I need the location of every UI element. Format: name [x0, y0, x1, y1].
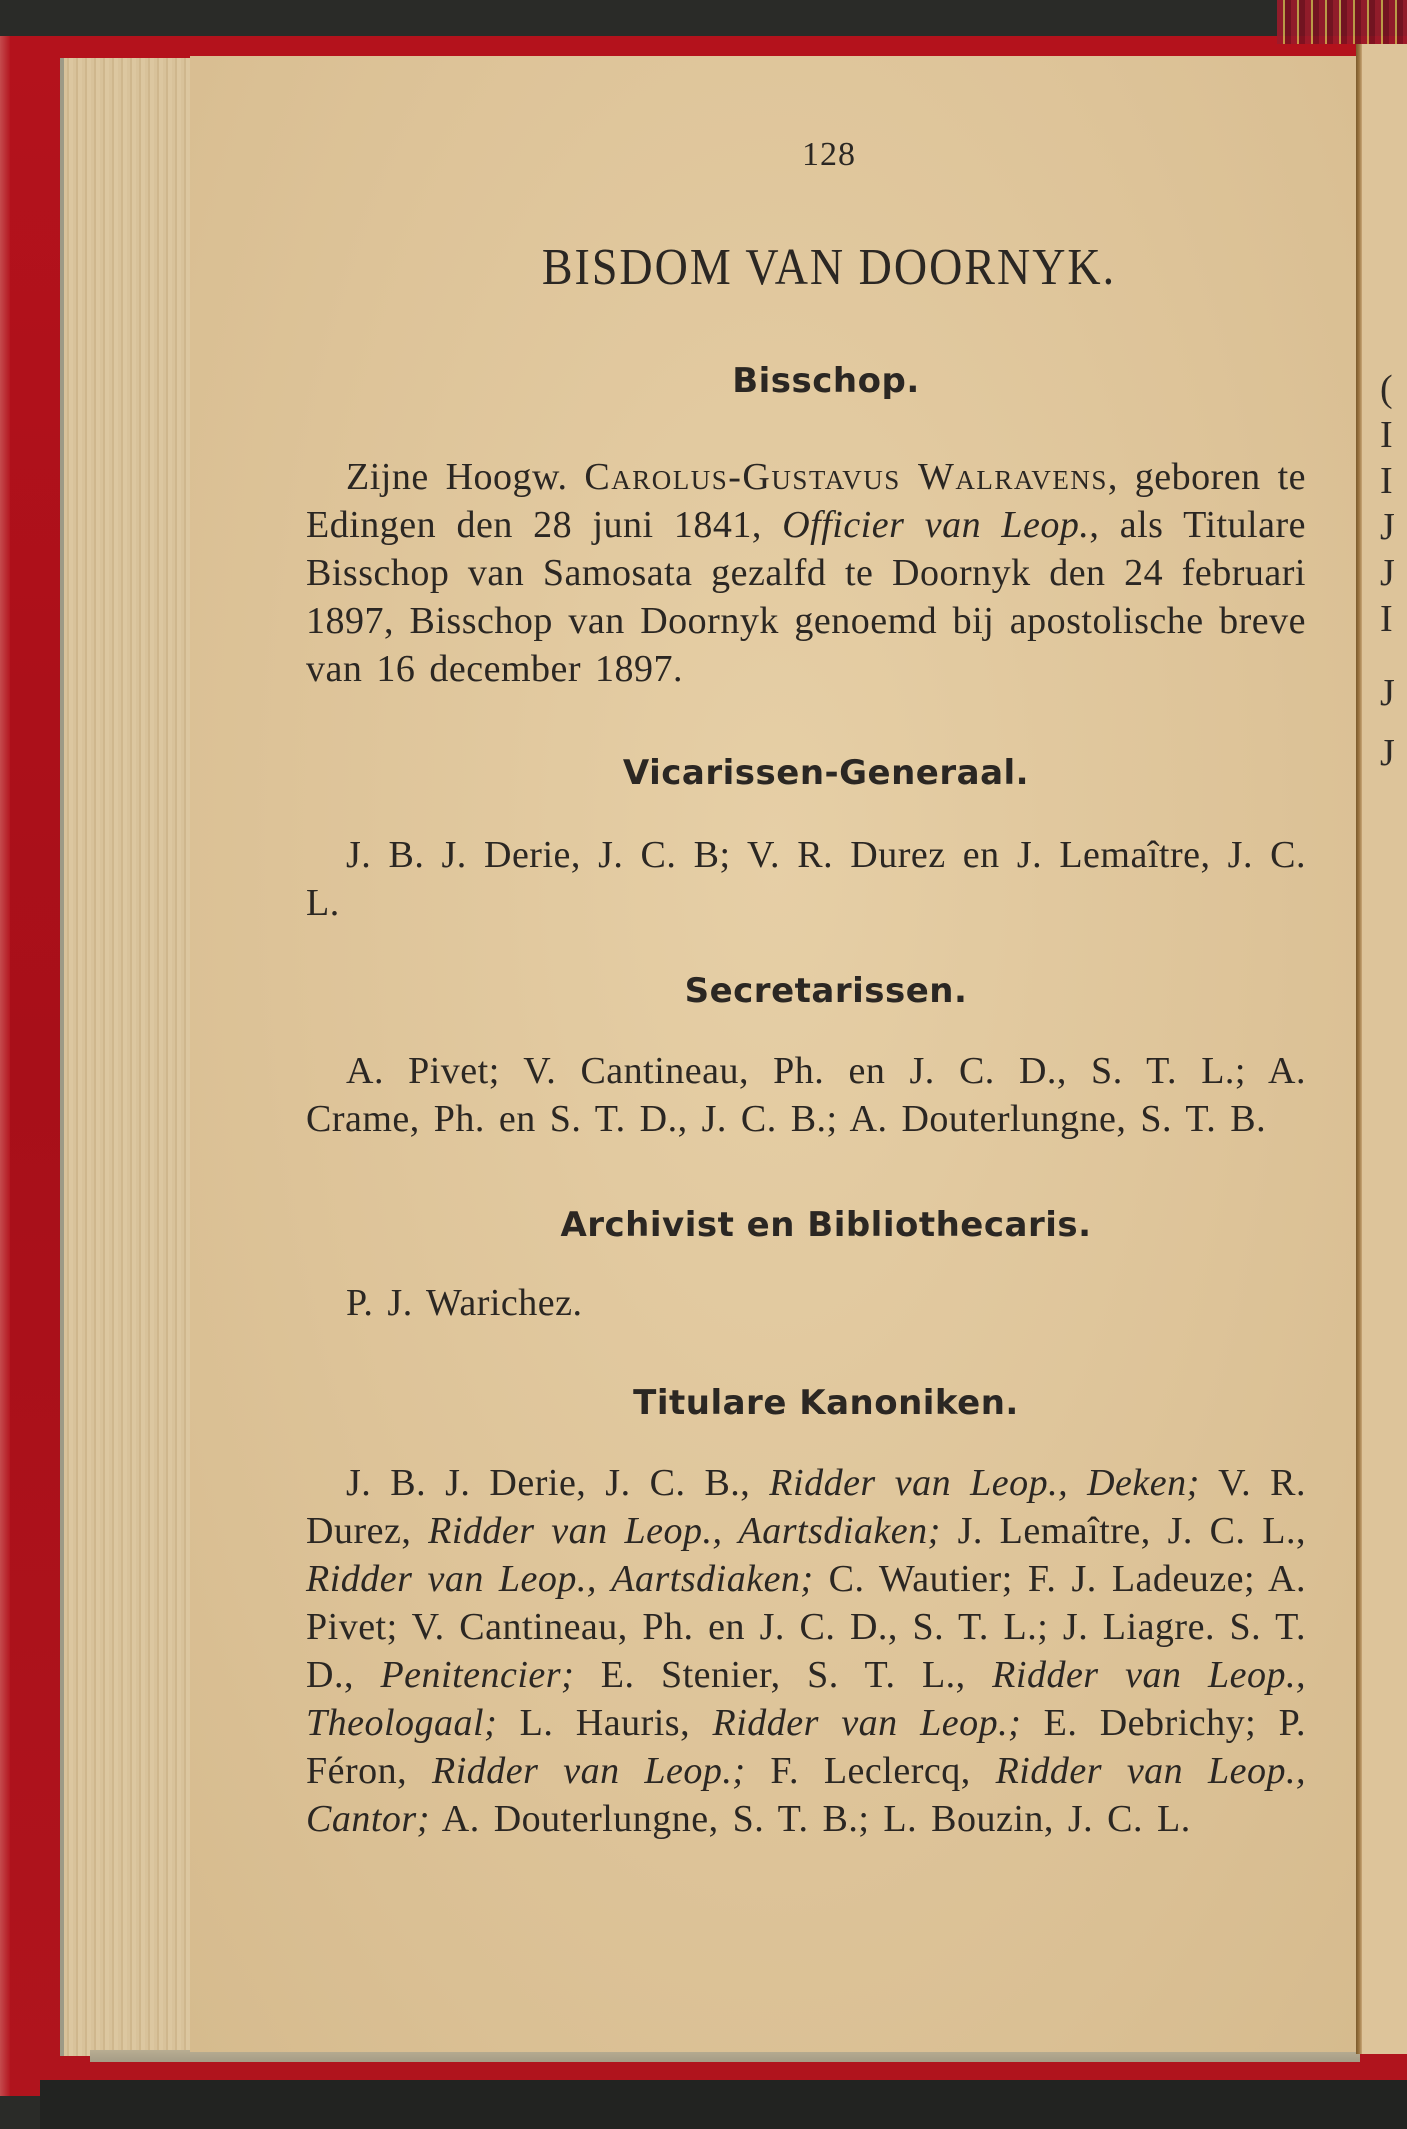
- bishop-name: Carolus-Gustavus Walravens: [584, 456, 1107, 498]
- text-run: Zijne Hoogw.: [346, 456, 584, 498]
- section-heading-vicarissen: Vicarissen-Generaal.: [346, 753, 1306, 793]
- headband: [1277, 0, 1407, 44]
- facing-page-fragment: (: [1380, 370, 1393, 408]
- page-number: 128: [352, 136, 1306, 174]
- italic-title: Ridder van Leop.;: [432, 1750, 746, 1792]
- section-heading-archivist: Archivist en Bibliothecaris.: [346, 1205, 1306, 1245]
- text-run: L. Hauris,: [497, 1702, 712, 1744]
- section-heading-kanoniken: Titulare Kanoniken.: [346, 1383, 1306, 1423]
- archivist-paragraph: P. J. Warichez.: [306, 1279, 1306, 1327]
- facing-page-fragment: J: [1380, 508, 1395, 546]
- text-run: A. Douterlungne, S. T. B.; L. Bouzin, J.…: [430, 1798, 1191, 1840]
- facing-page-fragment: J: [1380, 734, 1395, 772]
- vicarissen-paragraph: J. B. J. Derie, J. C. B; V. R. Durez en …: [306, 831, 1306, 927]
- facing-page-fragment: J: [1380, 554, 1395, 592]
- page-content: 128 BISDOM VAN DOORNYK. Bisschop. Zijne …: [306, 136, 1306, 1843]
- facing-page-fragment: I: [1380, 462, 1393, 500]
- text-run: F. Leclercq,: [746, 1750, 996, 1792]
- facing-page: ( I I J J I J J: [1362, 44, 1407, 2054]
- bisschop-paragraph: Zijne Hoogw. Carolus-Gustavus Walravens,…: [306, 453, 1306, 693]
- text-run: J. B. J. Derie, J. C. B.,: [346, 1462, 769, 1504]
- facing-page-fragment: J: [1380, 674, 1395, 712]
- page-title: BISDOM VAN DOORNYK.: [352, 237, 1306, 296]
- facing-page-fragment: I: [1380, 416, 1393, 454]
- page-stack-edges: [60, 58, 204, 2056]
- italic-title: Officier van Leop.: [782, 504, 1089, 546]
- italic-title: Ridder van Leop., Aartsdiaken;: [306, 1558, 814, 1600]
- kanoniken-paragraph: J. B. J. Derie, J. C. B., Ridder van Leo…: [306, 1459, 1306, 1843]
- italic-title: Penitencier;: [380, 1654, 574, 1696]
- italic-title: Ridder van Leop., Deken;: [769, 1462, 1200, 1504]
- secretarissen-paragraph: A. Pivet; V. Cantineau, Ph. en J. C. D.,…: [306, 1047, 1306, 1143]
- facing-page-fragment: I: [1380, 600, 1393, 638]
- background-shadow: [40, 2080, 1407, 2129]
- section-heading-bisschop: Bisschop.: [346, 361, 1306, 401]
- cover-edge: [0, 36, 10, 2096]
- text-run: J. Lemaître, J. C. L.,: [941, 1510, 1306, 1552]
- text-run: E. Stenier, S. T. L.,: [574, 1654, 992, 1696]
- italic-title: Ridder van Leop., Aartsdiaken;: [428, 1510, 941, 1552]
- section-heading-secretarissen: Secretarissen.: [346, 971, 1306, 1011]
- italic-title: Ridder van Leop.;: [713, 1702, 1022, 1744]
